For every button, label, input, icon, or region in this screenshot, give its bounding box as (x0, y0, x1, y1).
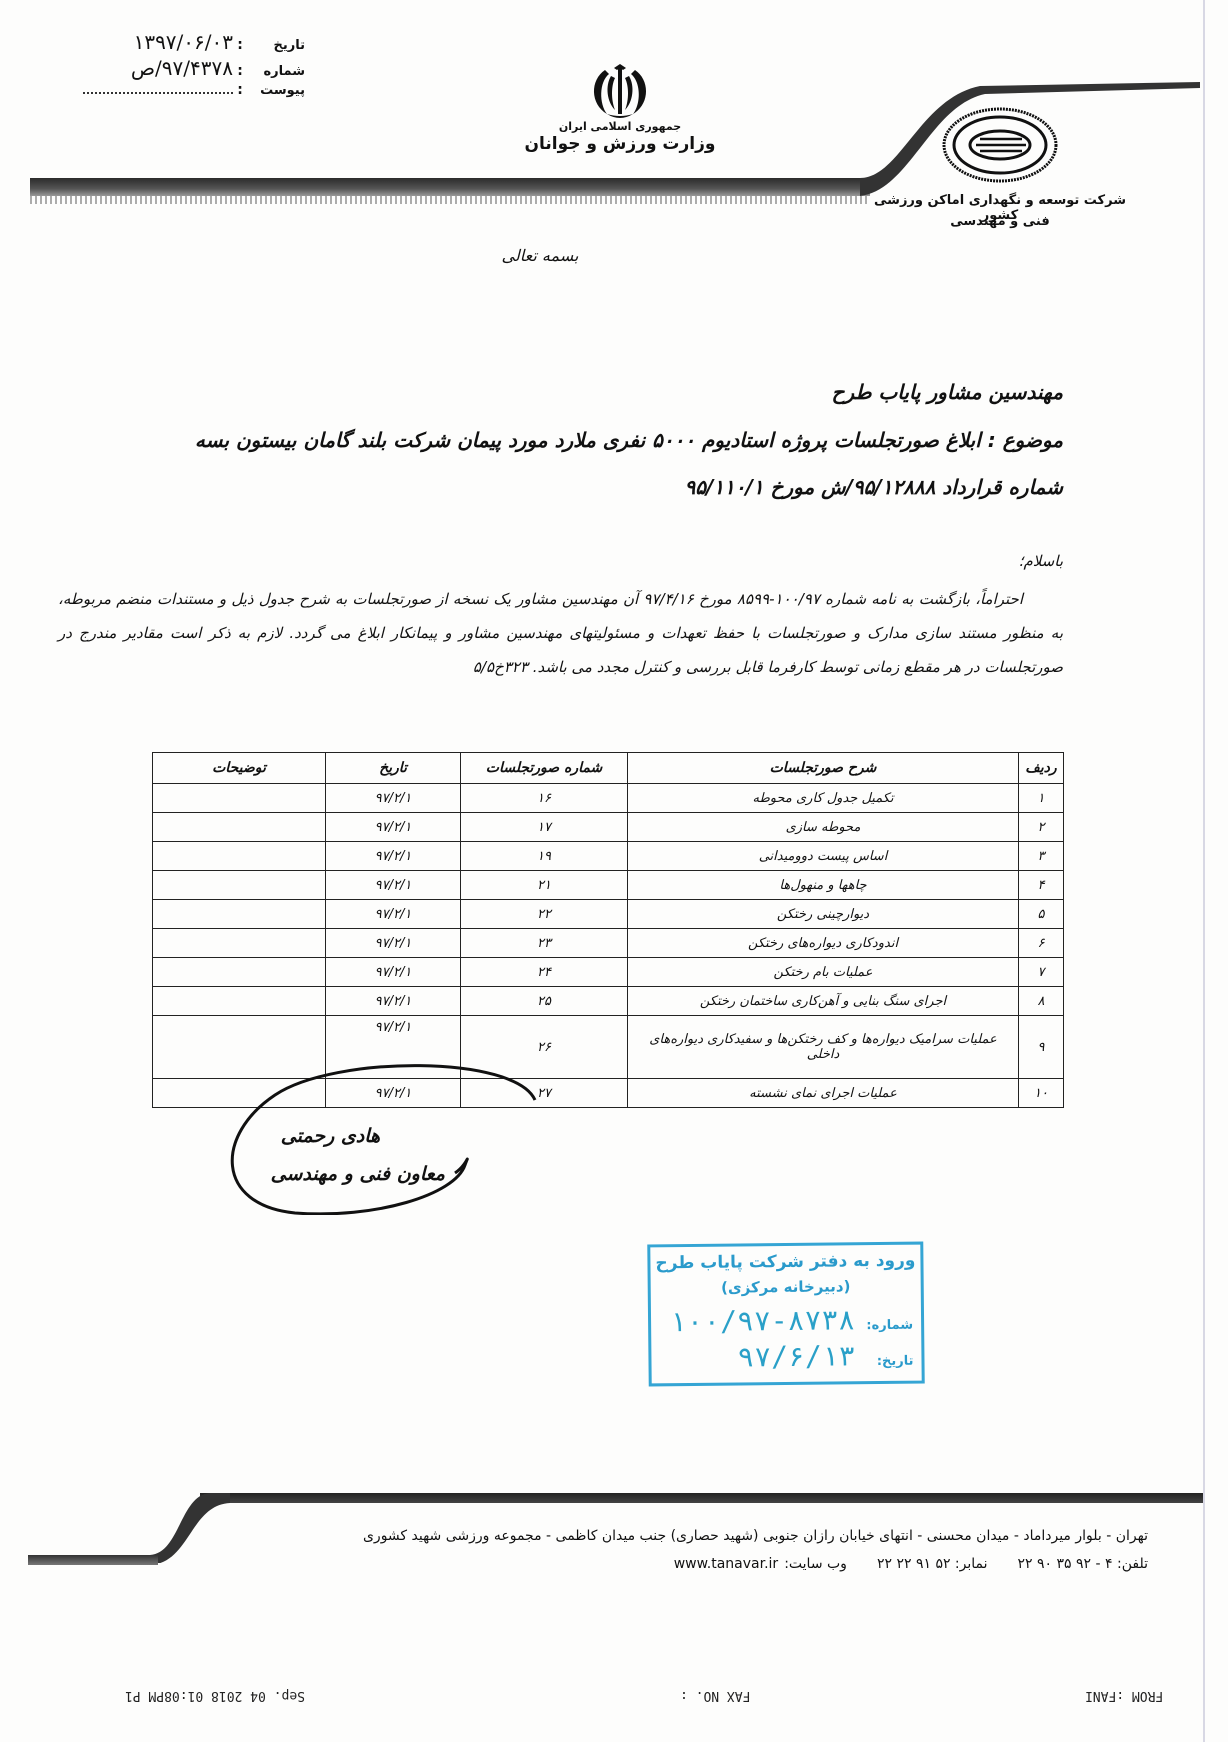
iran-emblem-icon (585, 62, 655, 122)
footer-fax: نمابر: ۵۲ ۹۱ ۲۲ ۲۲ (877, 1556, 988, 1572)
number-value: ۹۷/۴۳۷۸/ص (131, 56, 233, 80)
subject-line-1: موضوع : ابلاغ صورتجلسات پروژه استادیوم ۵… (195, 428, 1063, 452)
table-row: ۳ اساس پیست دوومیدانی ۱۹ ۹۷/۲/۱ (153, 842, 1064, 871)
signer-title: معاون فنی و مهندسی (245, 1163, 445, 1185)
header-description: شرح صورتجلسات (628, 753, 1019, 784)
cell-notes (153, 987, 326, 1016)
cell-notes (153, 900, 326, 929)
meta-attachment-row: پیوست : (75, 82, 305, 108)
cell-notes (153, 842, 326, 871)
header-minutes-number: شماره صورتجلسات (461, 753, 628, 784)
table-row: ۷ عملیات بام رختکن ۲۴ ۹۷/۲/۱ (153, 958, 1064, 987)
stamp-number-label: شماره: (863, 1318, 913, 1334)
colon: : (233, 63, 247, 79)
cell-minutes-number: ۲۴ (461, 958, 628, 987)
cell-description: اساس پیست دوومیدانی (628, 842, 1019, 871)
header-date: تاریخ (326, 753, 461, 784)
subject-line-2: شماره قرارداد ۹۵/۱۲۸۸۸/ش مورخ ۹۵/۱۱۰/۱ (685, 475, 1063, 499)
number-label: شماره (247, 64, 305, 79)
ministry-name: وزارت ورزش و جوانان (510, 134, 730, 154)
attachment-dots (83, 82, 233, 94)
cell-index: ۱ (1019, 784, 1064, 813)
fax-number: FAX NO. : (680, 1688, 750, 1703)
colon: : (233, 82, 247, 98)
date-value: ۱۳۹۷/۰۶/۰۳ (134, 30, 233, 54)
footer-contact: تلفن: ۴ - ۹۲ ۳۵ ۹۰ ۲۲ نمابر: ۵۲ ۹۱ ۲۲ ۲۲… (674, 1556, 1148, 1572)
cell-description: اجرای سنگ بنایی و آهن‌کاری ساختمان رختکن (628, 987, 1019, 1016)
footer-website-label: وب سایت: (784, 1556, 847, 1572)
cell-notes (153, 813, 326, 842)
cell-index: ۳ (1019, 842, 1064, 871)
cell-description: چاهها و منهول‌ها (628, 871, 1019, 900)
stamp-number-value: ۱۰۰/۹۷-۸۷۳۸ (669, 1303, 855, 1338)
invocation: بسمه تعالی (480, 246, 600, 265)
table-row: ۶ اندودکاری دیواره‌های رختکن ۲۳ ۹۷/۲/۱ (153, 929, 1064, 958)
fax-from: FROM :FANI (1085, 1688, 1163, 1703)
cell-notes (153, 871, 326, 900)
cell-date: ۹۷/۲/۱ (326, 871, 461, 900)
cell-index: ۴ (1019, 871, 1064, 900)
meta-date-row: تاریخ : ۱۳۹۷/۰۶/۰۳ (75, 30, 305, 56)
table-row: ۴ چاهها و منهول‌ها ۲۱ ۹۷/۲/۱ (153, 871, 1064, 900)
letter-body-text: احتراماً، بازگشت به نامه شماره ۱۰۰/۹۷-۸۵… (58, 590, 1063, 676)
letter-meta: تاریخ : ۱۳۹۷/۰۶/۰۳ شماره : ۹۷/۴۳۷۸/ص پیو… (75, 30, 305, 108)
cell-description: محوطه سازی (628, 813, 1019, 842)
cell-description: عملیات سرامیک دیواره‌ها و کف رختکن‌ها و … (628, 1016, 1019, 1079)
footer-website[interactable]: www.tanavar.ir (674, 1556, 778, 1572)
footer-swoosh (150, 1493, 230, 1563)
header-index: ردیف (1019, 753, 1064, 784)
cell-notes (153, 784, 326, 813)
cell-date: ۹۷/۲/۱ (326, 929, 461, 958)
cell-minutes-number: ۲۲ (461, 900, 628, 929)
header-band (30, 178, 870, 196)
footer-address: تهران - بلوار میرداماد - میدان محسنی - ا… (363, 1528, 1148, 1544)
greeting: باسلام؛ (1019, 552, 1063, 570)
cell-index: ۷ (1019, 958, 1064, 987)
stamp-subtitle: (دبیرخانه مرکزی) (651, 1277, 921, 1298)
date-label: تاریخ (247, 38, 305, 53)
cell-date: ۹۷/۲/۱ (326, 842, 461, 871)
cell-index: ۶ (1019, 929, 1064, 958)
table-row: ۵ دیوارچینی رختکن ۲۲ ۹۷/۲/۱ (153, 900, 1064, 929)
table-row: ۲ محوطه سازی ۱۷ ۹۷/۲/۱ (153, 813, 1064, 842)
cell-minutes-number: ۱۹ (461, 842, 628, 871)
letter-body: احتراماً، بازگشت به نامه شماره ۱۰۰/۹۷-۸۵… (58, 582, 1063, 684)
cell-date: ۹۷/۲/۱ (326, 784, 461, 813)
signer-name: هادی رحمتی (250, 1125, 380, 1147)
table-row: ۸ اجرای سنگ بنایی و آهن‌کاری ساختمان رخت… (153, 987, 1064, 1016)
cell-minutes-number: ۱۶ (461, 784, 628, 813)
stamp-title: ورود به دفتر شرکت پایاب طرح (650, 1251, 920, 1274)
cell-description: دیوارچینی رختکن (628, 900, 1019, 929)
cell-minutes-number: ۲۵ (461, 987, 628, 1016)
footer-band (200, 1493, 1203, 1503)
company-logo-icon (940, 105, 1060, 185)
cell-date: ۹۷/۲/۱ (326, 813, 461, 842)
cell-index: ۵ (1019, 900, 1064, 929)
header-band-texture (30, 196, 870, 204)
table-header-row: ردیف شرح صورتجلسات شماره صورتجلسات تاریخ… (153, 753, 1064, 784)
cell-date: ۹۷/۲/۱ (326, 987, 461, 1016)
scan-edge (1203, 0, 1205, 1742)
cell-index: ۸ (1019, 987, 1064, 1016)
recipient: مهندسین مشاور پایاب طرح (832, 380, 1063, 404)
colon: : (233, 37, 247, 53)
republic-label: جمهوری اسلامی ایران (530, 120, 710, 133)
cell-description: عملیات اجرای نمای نشسته (628, 1079, 1019, 1108)
cell-description: تکمیل جدول کاری محوطه (628, 784, 1019, 813)
company-department: فنی و مهندسی (860, 214, 1140, 229)
cell-index: ۲ (1019, 813, 1064, 842)
meta-number-row: شماره : ۹۷/۴۳۷۸/ص (75, 56, 305, 82)
cell-notes (153, 958, 326, 987)
cell-notes (153, 929, 326, 958)
cell-description: عملیات بام رختکن (628, 958, 1019, 987)
table-row: ۱ تکمیل جدول کاری محوطه ۱۶ ۹۷/۲/۱ (153, 784, 1064, 813)
cell-date: ۹۷/۲/۱ (326, 958, 461, 987)
header-notes: توضیحات (153, 753, 326, 784)
stamp-number-row: شماره: ۱۰۰/۹۷-۸۷۳۸ (661, 1303, 913, 1339)
footer-phone: تلفن: ۴ - ۹۲ ۳۵ ۹۰ ۲۲ (1018, 1556, 1148, 1572)
stamp-date-row: تاریخ: ۹۷/۶/۱۳ (661, 1339, 913, 1375)
cell-minutes-number: ۱۷ (461, 813, 628, 842)
received-stamp: ورود به دفتر شرکت پایاب طرح (دبیرخانه مر… (647, 1242, 924, 1387)
cell-minutes-number: ۲۳ (461, 929, 628, 958)
cell-date: ۹۷/۲/۱ (326, 900, 461, 929)
cell-index: ۱۰ (1019, 1079, 1064, 1108)
stamp-date-value: ۹۷/۶/۱۳ (737, 1339, 855, 1373)
cell-minutes-number: ۲۱ (461, 871, 628, 900)
cell-index: ۹ (1019, 1016, 1064, 1079)
stamp-date-label: تاریخ: (863, 1354, 913, 1370)
cell-description: اندودکاری دیواره‌های رختکن (628, 929, 1019, 958)
attachment-label: پیوست (247, 83, 305, 98)
footer-band-left (28, 1555, 158, 1565)
fax-timestamp: Sep. 04 2018 01:08PM P1 (125, 1688, 305, 1703)
